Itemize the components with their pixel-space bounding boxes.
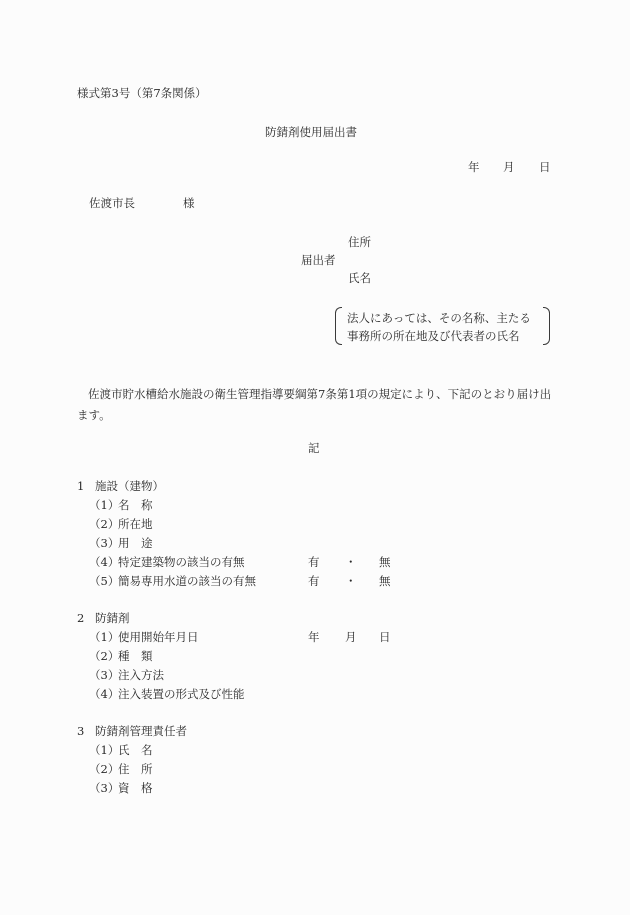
date-year-label: 年 [468,162,480,174]
corporate-note-line2: 事務所の所在地及び代表者の氏名 [347,331,520,343]
item-label: 注入装置の形式及び性能 [118,689,245,701]
item-label: 所在地 [118,519,153,531]
item-label: 名 称 [118,500,153,512]
corporate-note: 法人にあっては、その名称、主たる 事務所の所在地及び代表者の氏名 [335,307,550,345]
addressee-honorific: 様 [183,198,195,210]
item-number: （2） [89,764,119,776]
start-day-label: 日 [379,632,391,644]
notifier-address-label: 住所 [348,237,371,249]
item-number: （1） [89,632,119,644]
item-label: 氏 名 [118,745,153,757]
item-number: （2） [89,519,119,531]
start-year-label: 年 [308,632,320,644]
item-label: 資 格 [118,783,153,795]
item-label: 住 所 [118,764,153,776]
body-text: 佐渡市貯水槽給水施設の衛生管理指導要綱第7条第1項の規定により、下記のとおり届け… [77,384,552,426]
section-title: 施設（建物） [95,481,164,493]
document-title: 防錆剤使用届出書 [265,127,357,139]
item-label: 簡易専用水道の該当の有無 [118,576,256,588]
item-number: （3） [89,783,119,795]
option-no: 無 [379,576,391,588]
item-number: （1） [89,500,119,512]
option-yes: 有 [308,576,320,588]
addressee-name: 佐渡市長 [89,198,135,210]
ki-heading: 記 [308,443,320,455]
start-month-label: 月 [345,632,357,644]
item-label: 注入方法 [118,670,164,682]
section-title: 防錆剤 [95,613,130,625]
item-label: 使用開始年月日 [118,632,199,644]
item-label: 特定建築物の該当の有無 [118,557,245,569]
form-number: 様式第3号（第7条関係） [77,88,207,100]
left-bracket [335,307,342,345]
item-label: 種 類 [118,651,153,663]
option-no: 無 [379,557,391,569]
item-number: （3） [89,538,119,550]
date-month-label: 月 [503,162,515,174]
option-separator: ・ [345,576,357,588]
item-label: 用 途 [118,538,153,550]
option-yes: 有 [308,557,320,569]
item-number: （5） [89,576,119,588]
section-number: 2 [77,613,84,625]
item-number: （4） [89,557,119,569]
notifier-label: 届出者 [301,255,336,267]
right-bracket [543,307,550,345]
item-number: （3） [89,670,119,682]
item-number: （2） [89,651,119,663]
item-number: （4） [89,689,119,701]
date-day-label: 日 [539,162,551,174]
section-number: 3 [77,726,84,738]
notifier-name-label: 氏名 [348,273,371,285]
option-separator: ・ [345,557,357,569]
section-number: 1 [77,481,84,493]
item-number: （1） [89,745,119,757]
section-title: 防錆剤管理責任者 [95,726,187,738]
corporate-note-line1: 法人にあっては、その名称、主たる [347,313,531,325]
